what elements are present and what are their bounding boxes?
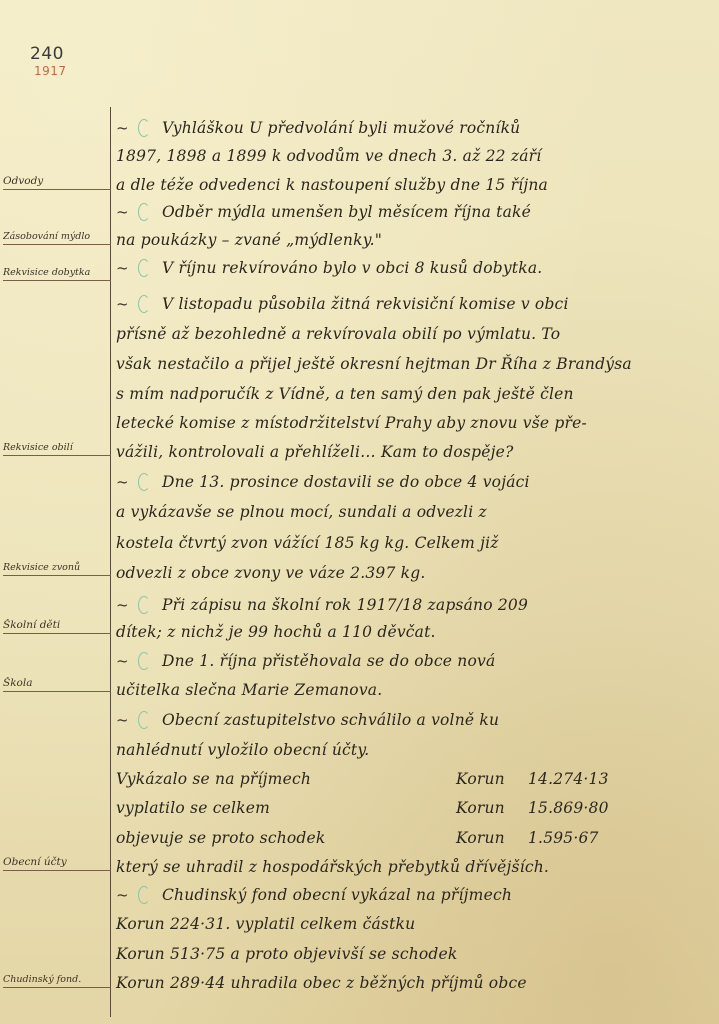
account-row: objevuje se proto schodekKorun1.595·67 (116, 828, 711, 848)
text-line: a vykázavše se plnou mocí, sundali a odv… (116, 502, 711, 522)
line-text: vážili, kontrolovali a přehlíželi… Kam t… (116, 443, 513, 461)
text-line: ~Odběr mýdla umenšen byl měsícem října t… (116, 202, 711, 222)
account-label: objevuje se proto schodek (116, 828, 456, 848)
account-label: vyplatilo se celkem (116, 798, 456, 818)
paragraph-mark-icon: ~ (116, 889, 150, 903)
text-line: Korun 289·44 uhradila obec z běžných pří… (116, 973, 711, 993)
text-line: letecké komise z místodržitelství Prahy … (116, 413, 711, 433)
line-text: V říjnu rekvírováno bylo v obci 8 kusů d… (162, 259, 542, 277)
line-text: Vyhláškou U předvolání byli mužové roční… (162, 119, 520, 137)
line-text: Korun 289·44 uhradila obec z běžných pří… (116, 974, 527, 992)
line-text: Dne 1. října přistěhovala se do obce nov… (162, 652, 495, 670)
text-line: ~Dne 13. prosince dostavili se do obce 4… (116, 472, 711, 492)
line-text: Dne 13. prosince dostavili se do obce 4 … (162, 473, 530, 491)
line-text: dítek; z nichž je 99 hochů a 110 děvčat. (116, 623, 436, 641)
margin-label-zasobovani-mydlo: Zásobování mýdlo (3, 230, 111, 245)
text-line: ~Při zápisu na školní rok 1917/18 zapsán… (116, 595, 711, 615)
margin-label-skola: Škola (3, 677, 111, 692)
text-line: ~Obecní zastupitelstvo schválilo a volně… (116, 710, 711, 730)
paragraph-mark-icon: ~ (116, 122, 150, 136)
text-line: ~V říjnu rekvírováno bylo v obci 8 kusů … (116, 258, 711, 278)
line-text: s mím nadporučík z Vídně, a ten samý den… (116, 385, 574, 403)
margin-label-rekvisice-zvonu: Rekvisice zvonů (3, 561, 111, 576)
paragraph-mark-icon: ~ (116, 206, 150, 220)
text-line: odvezli z obce zvony ve váze 2.397 kg. (116, 563, 711, 583)
margin-label-odvody: Odvody (3, 175, 111, 190)
line-text: který se uhradil z hospodářských přebytk… (116, 858, 549, 876)
line-text: letecké komise z místodržitelství Prahy … (116, 414, 587, 432)
account-value: 15.869·80 (528, 798, 609, 818)
text-line: dítek; z nichž je 99 hochů a 110 děvčat. (116, 622, 711, 642)
account-row: Vykázalo se na příjmechKorun14.274·13 (116, 769, 711, 789)
account-currency: Korun (456, 828, 528, 848)
text-line: Korun 224·31. vyplatil celkem částku (116, 914, 711, 934)
account-value: 14.274·13 (528, 769, 609, 789)
text-line: však nestačilo a přijel ještě okresní he… (116, 354, 711, 374)
line-text: kostela čtvrtý zvon vážící 185 kg kg. Ce… (116, 534, 499, 552)
text-line: ~Dne 1. října přistěhovala se do obce no… (116, 651, 711, 671)
margin-label-skolni-deti: Školní děti (3, 619, 111, 634)
paragraph-mark-icon: ~ (116, 262, 150, 276)
line-text: nahlédnutí vyložilo obecní účty. (116, 741, 369, 759)
text-line: vážili, kontrolovali a přehlíželi… Kam t… (116, 442, 711, 462)
margin-label-chudinsky-fond: Chudinský fond. (3, 973, 111, 988)
text-line: s mím nadporučík z Vídně, a ten samý den… (116, 384, 711, 404)
margin-label-obecni-ucty: Obecní účty (3, 856, 111, 871)
paragraph-mark-icon: ~ (116, 655, 150, 669)
text-line: učitelka slečna Marie Zemanova. (116, 680, 711, 700)
line-text: odvezli z obce zvony ve váze 2.397 kg. (116, 564, 426, 582)
line-text: učitelka slečna Marie Zemanova. (116, 681, 382, 699)
text-line: který se uhradil z hospodářských přebytk… (116, 857, 711, 877)
text-line: ~Vyhláškou U předvolání byli mužové ročn… (116, 118, 711, 138)
page-year: 1917 (34, 64, 67, 78)
line-text: a vykázavše se plnou mocí, sundali a odv… (116, 503, 487, 521)
account-value: 1.595·67 (528, 828, 599, 848)
text-line: ~Chudinský fond obecní vykázal na příjme… (116, 885, 711, 905)
line-text: na poukázky – zvané „mýdlenky." (116, 231, 382, 249)
line-text: Korun 513·75 a proto objevivší se schode… (116, 945, 458, 963)
line-text: však nestačilo a přijel ještě okresní he… (116, 355, 632, 373)
line-text: Obecní zastupitelstvo schválilo a volně … (162, 711, 499, 729)
line-text: Odběr mýdla umenšen byl měsícem října ta… (162, 203, 531, 221)
margin-label-rekvisice-obili: Rekvisice obilí (3, 441, 111, 456)
line-text: Při zápisu na školní rok 1917/18 zapsáno… (162, 596, 528, 614)
text-line: a dle téže odvedenci k nastoupení služby… (116, 175, 711, 195)
text-line: přísně až bezohledně a rekvírovala obilí… (116, 324, 711, 344)
line-text: V listopadu působila žitná rekvisiční ko… (162, 295, 569, 313)
text-line: 1897, 1898 a 1899 k odvodům ve dnech 3. … (116, 146, 711, 166)
paragraph-mark-icon: ~ (116, 714, 150, 728)
account-currency: Korun (456, 798, 528, 818)
line-text: přísně až bezohledně a rekvírovala obilí… (116, 325, 560, 343)
text-line: nahlédnutí vyložilo obecní účty. (116, 740, 711, 760)
paragraph-mark-icon: ~ (116, 298, 150, 312)
account-label: Vykázalo se na příjmech (116, 769, 456, 789)
text-line: kostela čtvrtý zvon vážící 185 kg kg. Ce… (116, 533, 711, 553)
text-line: Korun 513·75 a proto objevivší se schode… (116, 944, 711, 964)
text-line: ~V listopadu působila žitná rekvisiční k… (116, 294, 711, 314)
line-text: 1897, 1898 a 1899 k odvodům ve dnech 3. … (116, 147, 541, 165)
paragraph-mark-icon: ~ (116, 476, 150, 490)
account-currency: Korun (456, 769, 528, 789)
line-text: Chudinský fond obecní vykázal na příjmec… (162, 886, 512, 904)
text-line: na poukázky – zvané „mýdlenky." (116, 230, 711, 250)
account-row: vyplatilo se celkemKorun15.869·80 (116, 798, 711, 818)
page-number: 240 (30, 44, 64, 64)
line-text: Korun 224·31. vyplatil celkem částku (116, 915, 415, 933)
margin-label-rekvisice-dobytka: Rekvisice dobytka (3, 266, 111, 281)
paragraph-mark-icon: ~ (116, 599, 150, 613)
line-text: a dle téže odvedenci k nastoupení služby… (116, 176, 548, 194)
